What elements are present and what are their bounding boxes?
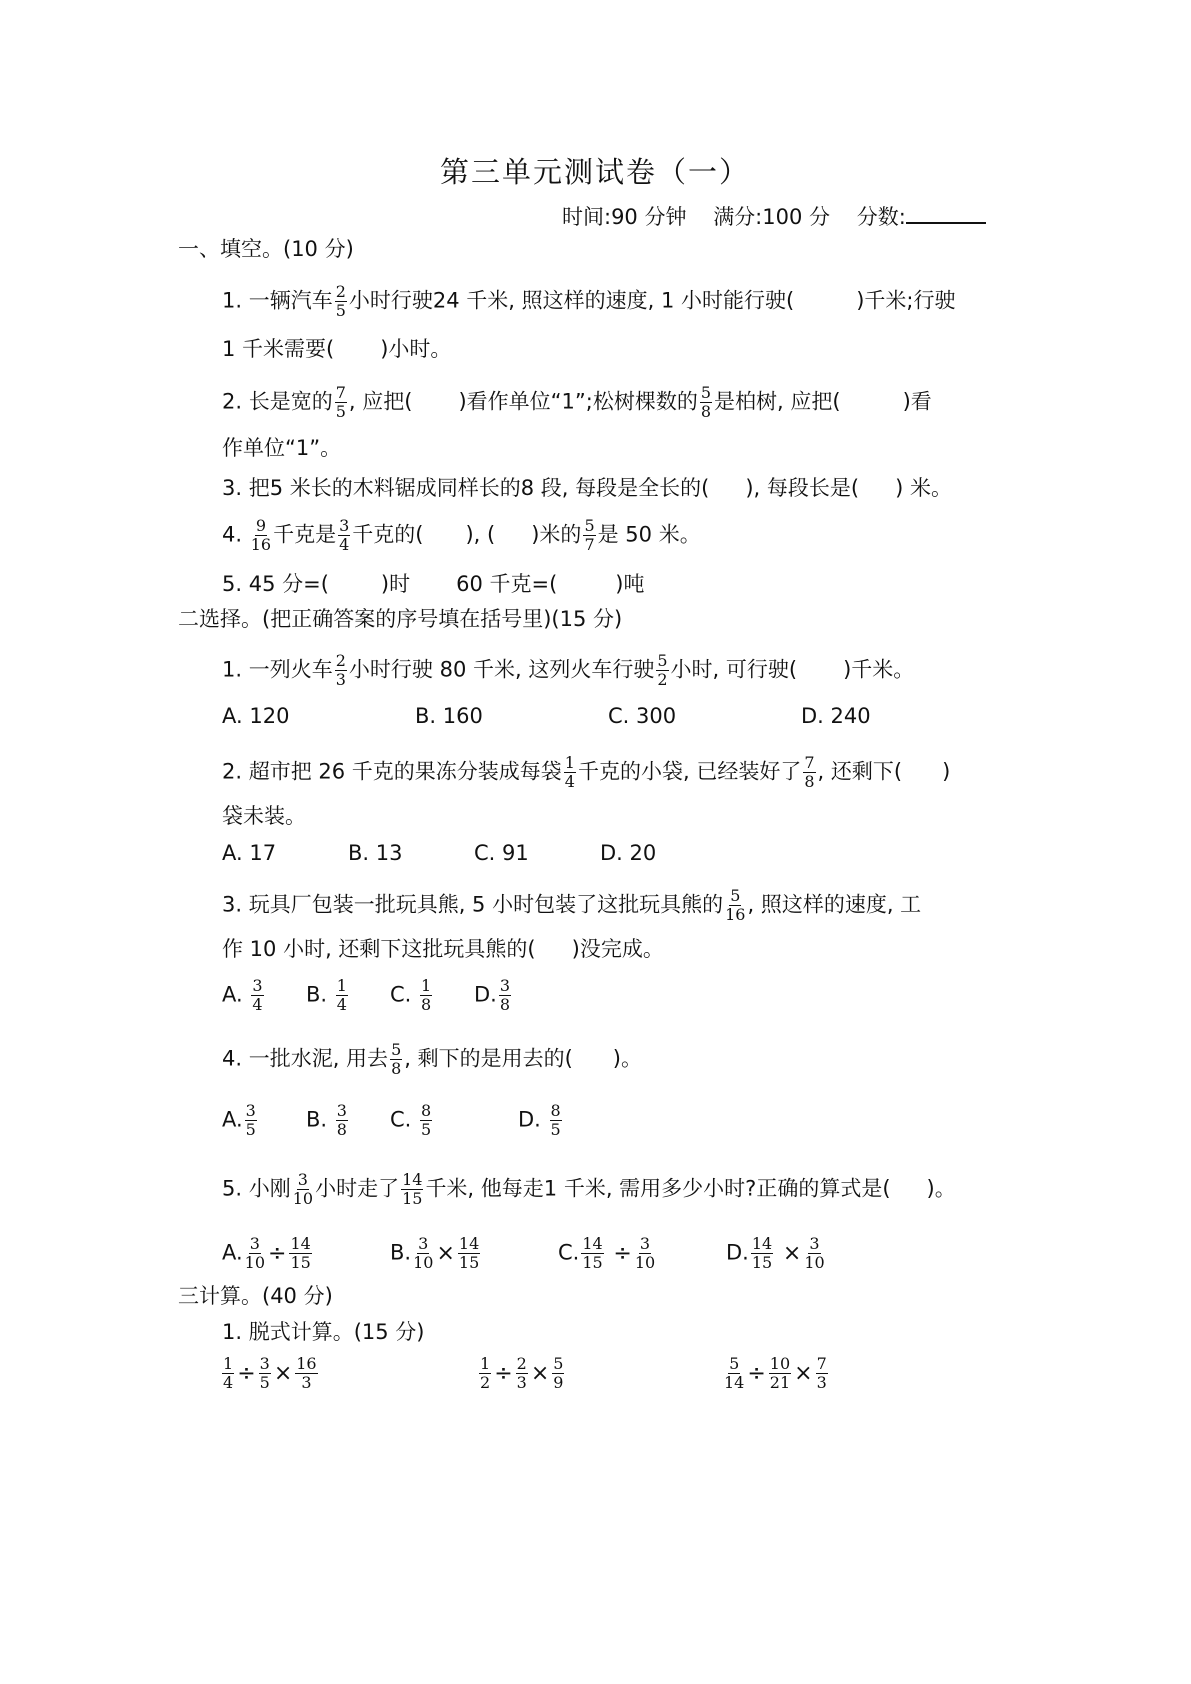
s2-q3-options: A. 34B. 14C. 18D.38 (222, 978, 513, 1013)
page-title: 第三单元测试卷（一） (440, 158, 750, 187)
fraction: 52 (656, 653, 668, 688)
score-blank[interactable] (906, 204, 986, 224)
option-b[interactable]: B. 38 (306, 1103, 390, 1138)
fraction: 57 (583, 518, 595, 553)
s2-q4: 4. 一批水泥, 用去58, 剩下的是用去的()。 (222, 1042, 642, 1077)
full-score-label: 满分:100 分 (713, 205, 830, 229)
fraction: 1415 (401, 1172, 423, 1207)
option-c[interactable]: C.1415 ÷310 (558, 1236, 726, 1271)
fraction: 75 (335, 385, 347, 420)
option-a[interactable]: A. 17 (222, 843, 348, 864)
option-a[interactable]: A.35 (222, 1103, 306, 1138)
section1-heading: 一、填空。(10 分) (178, 239, 354, 260)
s2-q1: 1. 一列火车23小时行驶 80 千米, 这列火车行驶52小时, 可行驶()千米… (222, 653, 914, 688)
option-a[interactable]: A. 34 (222, 978, 306, 1013)
fraction: 310 (293, 1172, 313, 1207)
fraction: 916 (251, 518, 271, 553)
fraction: 78 (803, 755, 815, 790)
calc-expr-1: 14÷35×163 (220, 1356, 320, 1391)
calc-expr-2: 12÷23×59 (477, 1356, 566, 1391)
fraction: 25 (335, 284, 347, 319)
calc-expr-3: 514÷1021×73 (722, 1356, 830, 1391)
s2-q2-options: A. 17B. 13C. 91D. 20 (222, 843, 656, 864)
s2-q2-line2: 袋未装。 (222, 806, 306, 827)
s1-q4: 4. 916千克是34千克的(), ()米的57是 50 米。 (222, 518, 701, 553)
option-a[interactable]: A.310÷1415 (222, 1236, 390, 1271)
option-b[interactable]: B. 14 (306, 978, 390, 1013)
option-b[interactable]: B.310×1415 (390, 1236, 558, 1271)
option-d[interactable]: D.38 (474, 978, 513, 1013)
s2-q5-options: A.310÷1415B.310×1415C.1415 ÷310D.1415 ×3… (222, 1236, 827, 1271)
s2-q3-line1: 3. 玩具厂包装一批玩具熊, 5 小时包装了这批玩具熊的516, 照这样的速度,… (222, 888, 921, 923)
s2-q1-options: A. 120B. 160C. 300D. 240 (222, 706, 871, 727)
score-label: 分数: (857, 205, 906, 229)
fraction: 14 (564, 755, 576, 790)
s1-q3: 3. 把5 米长的木料锯成同样长的8 段, 每段是全长的(), 每段长是() 米… (222, 478, 952, 499)
s1-q2-line2: 作单位“1”。 (222, 438, 341, 459)
exam-meta: 时间:90 分钟 满分:100 分 分数: (562, 204, 986, 228)
s2-q3-line2: 作 10 小时, 还剩下这批玩具熊的()没完成。 (222, 939, 664, 960)
s2-q5: 5. 小刚310小时走了1415千米, 他每走1 千米, 需用多少小时?正确的算… (222, 1172, 956, 1207)
option-a[interactable]: A. 120 (222, 706, 415, 727)
option-c[interactable]: C. 85 (390, 1103, 518, 1138)
s1-q2-line1: 2. 长是宽的75, 应把()看作单位“1”;松树棵数的58是柏树, 应把()看 (222, 385, 932, 420)
s1-q1-line2: 1 千米需要()小时。 (222, 339, 451, 360)
option-b[interactable]: B. 13 (348, 843, 474, 864)
option-d[interactable]: D. 240 (801, 706, 871, 727)
option-c[interactable]: C. 18 (390, 978, 474, 1013)
s2-q4-options: A.35B. 38C. 85D. 85 (222, 1103, 564, 1138)
time-label: 时间:90 分钟 (562, 205, 686, 229)
s1-q1-line1: 1. 一辆汽车25小时行驶24 千米, 照这样的速度, 1 小时能行驶()千米;… (222, 284, 956, 319)
section3-heading: 三计算。(40 分) (178, 1286, 333, 1307)
fraction: 58 (700, 385, 712, 420)
fraction: 34 (338, 518, 350, 553)
option-d[interactable]: D.1415 ×310 (726, 1236, 827, 1271)
fraction: 516 (725, 888, 745, 923)
section3-sub1: 1. 脱式计算。(15 分) (222, 1322, 425, 1343)
s2-q2-line1: 2. 超市把 26 千克的果冻分装成每袋14千克的小袋, 已经装好了78, 还剩… (222, 755, 950, 790)
fraction: 58 (390, 1042, 402, 1077)
option-c[interactable]: C. 300 (608, 706, 801, 727)
section2-heading: 二选择。(把正确答案的序号填在括号里)(15 分) (178, 609, 622, 630)
s1-q5: 5. 45 分=()时60 千克=()吨 (222, 574, 645, 595)
option-d[interactable]: D. 20 (600, 843, 656, 864)
option-c[interactable]: C. 91 (474, 843, 600, 864)
option-d[interactable]: D. 85 (518, 1103, 564, 1138)
option-b[interactable]: B. 160 (415, 706, 608, 727)
fraction: 23 (335, 653, 347, 688)
